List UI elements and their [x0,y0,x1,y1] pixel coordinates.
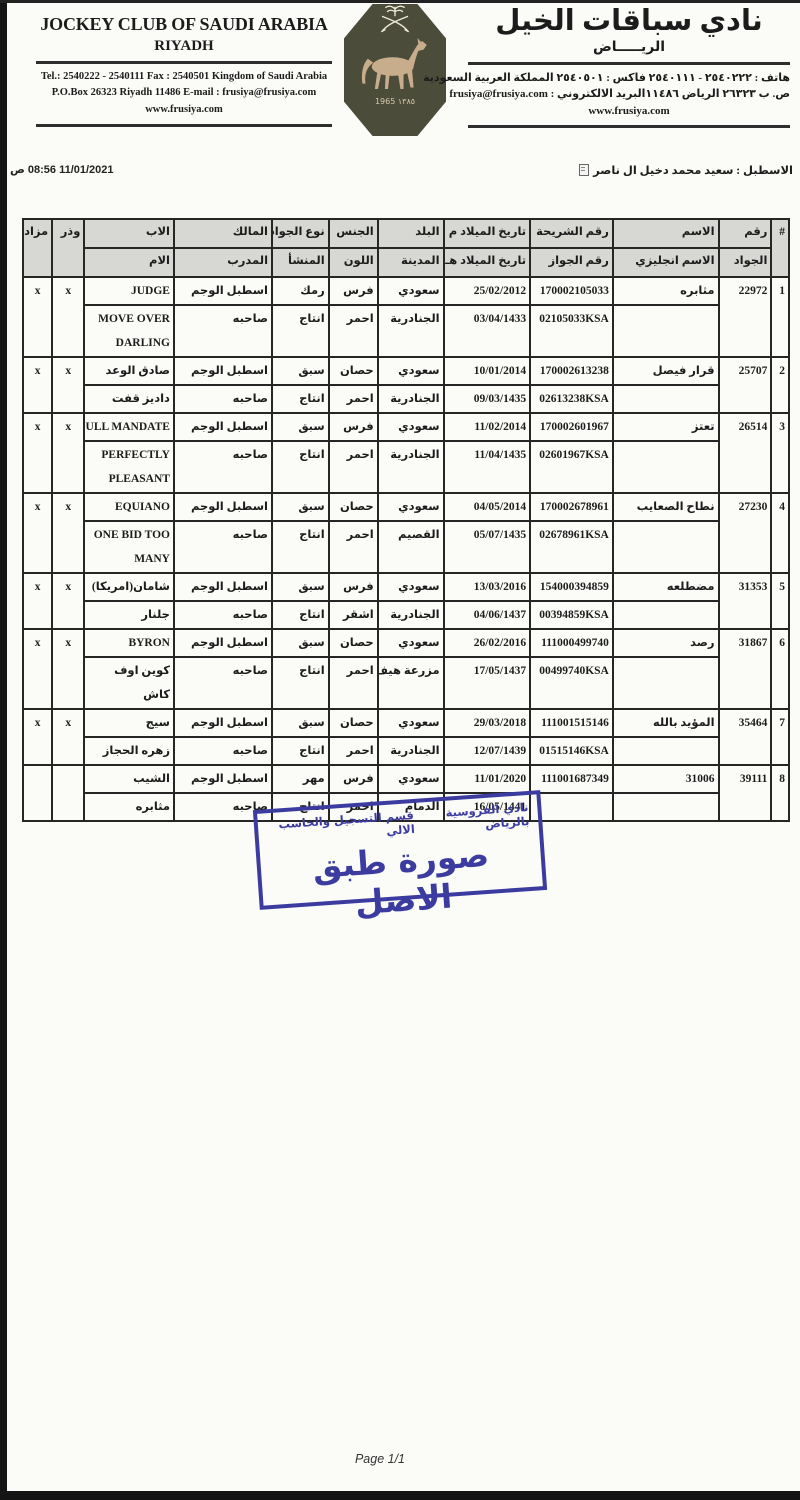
cell-owner: اسطبل الوجم [174,493,272,521]
stable-owner-line: الاسطبل : سعيد محمد دخيل ال ناصر [579,163,793,177]
table-header: # رقم الاسم رقم الشريحة تاريخ الميلاد م … [23,219,789,277]
cell-owner: اسطبل الوجم [174,357,272,385]
cell-chip-number: 170002678961 [530,493,613,521]
cell-sire: FULL MANDATE [84,413,174,441]
contact-phone-arabic: هاتف : ٢٥٤٠٢٢٢ - ٢٥٤٠١١١ فاكس : ٢٥٤٠٥٠١ … [468,70,790,87]
cell-auction: x [23,709,52,765]
stamp-org-text: نادي الفروسية بالرياض [413,800,529,836]
cell-owner: اسطبل الوجم [174,573,272,601]
cell-passport-number: 02601967KSA [530,441,613,493]
cell-country: سعودي [378,357,444,385]
cell-auction: x [23,413,52,493]
cell-name-ar: تعتز [613,413,719,441]
cell-name-ar: رصد [613,629,719,657]
cell-origin: انتاج [272,601,329,629]
cell-name-en [613,601,719,629]
col-header-sire: الاب [84,219,174,248]
cell-type: مهر [272,765,329,793]
cell-city: الجنادرية [378,305,444,357]
cell-name-en [613,657,719,709]
table-row: 225707قرار فيصل17000261323810/01/2014سعو… [23,357,789,385]
col-header-color: اللون [329,248,378,277]
cell-type: سبق [272,357,329,385]
cell-wither: x [52,493,84,573]
cell-dob-gregorian: 26/02/2016 [444,629,531,657]
cell-color: احمر [329,737,378,765]
cell-chip-number: 111001515146 [530,709,613,737]
cell-dob-hijri: 05/07/1435 [444,521,531,573]
cell-horse-number: 31867 [719,629,772,709]
cell-wither: x [52,709,84,765]
cell-trainer: صاحبه [174,601,272,629]
cell-dob-gregorian: 29/03/2018 [444,709,531,737]
col-header-origin: المنشأ [272,248,329,277]
cell-passport-number: 02105033KSA [530,305,613,357]
col-header-city: المدينة [378,248,444,277]
cell-sex: فرس [329,413,378,441]
cell-country: سعودي [378,573,444,601]
cell-wither [52,765,84,821]
table-row: 02613238KSA09/03/1435الجنادريةاحمرانتاجص… [23,385,789,413]
cell-chip-number: 111001687349 [530,765,613,793]
cell-sex: حصان [329,493,378,521]
table-row: 02105033KSA03/04/1433الجنادريةاحمرانتاجص… [23,305,789,357]
table-row: 00394859KSA04/06/1437الجنادريةاشقرانتاجص… [23,601,789,629]
cell-passport-number: 02613238KSA [530,385,613,413]
cell-dam: PERFECTLY PLEASANT [84,441,174,493]
cell-country: سعودي [378,493,444,521]
cell-owner: اسطبل الوجم [174,629,272,657]
cell-dob-gregorian: 10/01/2014 [444,357,531,385]
cell-country: سعودي [378,277,444,305]
cell-dob-hijri: 03/04/1433 [444,305,531,357]
cell-origin: انتاج [272,305,329,357]
cell-horse-number: 25707 [719,357,772,413]
cell-index: 8 [771,765,789,821]
cell-country: سعودي [378,709,444,737]
cell-city: القصيم [378,521,444,573]
cell-auction: x [23,493,52,573]
col-header-wither: وذر [52,219,84,277]
cell-trainer: صاحبه [174,737,272,765]
divider [468,125,790,128]
cell-sex: فرس [329,765,378,793]
scan-edge-bottom [0,1491,800,1500]
col-header-dob-hijri: تاريخ الميلاد هـ [444,248,531,277]
cell-auction: x [23,357,52,413]
table-body: 122972مثابره17000210503325/02/2012سعوديف… [23,277,789,821]
cell-wither: x [52,573,84,629]
cell-sire: سيج [84,709,174,737]
stamp-main-text: صورة طبق الاصل [269,832,536,928]
cell-index: 4 [771,493,789,573]
cell-horse-number: 22972 [719,277,772,357]
cell-auction [23,765,52,821]
cell-index: 7 [771,709,789,765]
cell-name-en [613,793,719,821]
col-header-name: الاسم [613,219,719,248]
cell-country: سعودي [378,413,444,441]
cell-city: مزرعة هيف [378,657,444,709]
table-row: 01515146KSA12/07/1439الجنادريةاحمرانتاجص… [23,737,789,765]
cell-dob-gregorian: 11/01/2020 [444,765,531,793]
cell-name-ar: 31006 [613,765,719,793]
table-row: 00499740KSA17/05/1437مزرعة هيفاحمرانتاجص… [23,657,789,709]
cell-dam: MOVE OVER DARLING [84,305,174,357]
col-header-dob-greg: تاريخ الميلاد م [444,219,531,248]
table-row: 631867رصد11100049974026/02/2016سعوديحصان… [23,629,789,657]
cell-passport-number: 00394859KSA [530,601,613,629]
cell-sex: فرس [329,277,378,305]
cell-owner: اسطبل الوجم [174,277,272,305]
cell-origin: انتاج [272,385,329,413]
saudi-emblem-icon [378,4,412,34]
table-row: 326514تعتز17000260196711/02/2014سعوديفرس… [23,413,789,441]
cell-wither: x [52,413,84,493]
club-title-english: JOCKEY CLUB OF SAUDI ARABIA [36,14,332,35]
divider [468,62,790,65]
divider [36,124,332,127]
cell-horse-number: 39111 [719,765,772,821]
col-header-country: البلد [378,219,444,248]
cell-color: احمر [329,441,378,493]
cell-auction: x [23,629,52,709]
cell-dam: كوين اوف كاش [84,657,174,709]
cell-chip-number: 170002601967 [530,413,613,441]
cell-sex: حصان [329,629,378,657]
table-row: 02678961KSA05/07/1435القصيماحمرانتاجصاحب… [23,521,789,573]
cell-city: الجنادرية [378,441,444,493]
table-row: 02601967KSA11/04/1435الجنادريةاحمرانتاجص… [23,441,789,493]
cell-name-ar: المؤيد بالله [613,709,719,737]
table-row: 735464المؤيد بالله11100151514629/03/2018… [23,709,789,737]
cell-owner: اسطبل الوجم [174,413,272,441]
cell-sire: EQUIANO [84,493,174,521]
cell-origin: انتاج [272,521,329,573]
letterhead-arabic: نادي سباقات الخيل الريـــــاض هاتف : ٢٥٤… [468,6,790,133]
cell-wither: x [52,357,84,413]
cell-name-en [613,305,719,357]
cell-country: سعودي [378,629,444,657]
cell-passport-number: 00499740KSA [530,657,613,709]
horse-icon [351,34,439,96]
cell-chip-number: 170002613238 [530,357,613,385]
col-header-name-en: الاسم انجليزي [613,248,719,277]
cell-name-ar: نطاح الصعايب [613,493,719,521]
cell-owner: اسطبل الوجم [174,709,272,737]
cell-origin: انتاج [272,441,329,493]
cell-auction: x [23,277,52,357]
divider [36,61,332,64]
cell-horse-number: 31353 [719,573,772,629]
cell-chip-number: 170002105033 [530,277,613,305]
cell-auction: x [23,573,52,629]
cell-color: احمر [329,521,378,573]
cell-sex: فرس [329,573,378,601]
club-city-arabic: الريـــــاض [468,39,790,56]
cell-name-en [613,441,719,493]
cell-trainer: صاحبه [174,657,272,709]
cell-passport-number [530,793,613,821]
cell-sire: شامان(امريكا) [84,573,174,601]
cell-sire: صادق الوعد [84,357,174,385]
col-header-sex: الجنس [329,219,378,248]
cell-city: الجنادرية [378,737,444,765]
cell-wither: x [52,629,84,709]
cell-index: 3 [771,413,789,493]
cell-sire: الشيب [84,765,174,793]
cell-color: احمر [329,305,378,357]
cell-trainer: صاحبه [174,305,272,357]
cell-wither: x [52,277,84,357]
cell-city: الجنادرية [378,385,444,413]
print-timestamp: 11/01/2021 08:56 ص [10,163,114,176]
cell-country: سعودي [378,765,444,793]
cell-dam: زهره الحجاز [84,737,174,765]
logo-year-text: 1965 ١٣٨٥ [375,97,415,106]
cell-color: احمر [329,385,378,413]
cell-city: الجنادرية [378,601,444,629]
cell-trainer: صاحبه [174,385,272,413]
cell-dam: داديز قفت [84,385,174,413]
cell-type: رمك [272,277,329,305]
col-header-dam: الام [84,248,174,277]
cell-sire: BYRON [84,629,174,657]
cell-name-ar: مثابره [613,277,719,305]
scan-edge-top [0,0,800,3]
col-header-auction: مزاد [23,219,52,277]
cell-sex: حصان [329,357,378,385]
true-copy-stamp: نادي الفروسية بالرياض قسم التسجيل والحاس… [253,790,547,910]
website-arabic: www.frusiya.com [468,103,790,120]
cell-type: سبق [272,413,329,441]
cell-name-en [613,521,719,573]
cell-dob-gregorian: 11/02/2014 [444,413,531,441]
cell-owner: اسطبل الوجم [174,765,272,793]
col-header-index: # [771,219,789,277]
club-title-arabic: نادي سباقات الخيل [468,6,790,38]
page-number: Page 1/1 [0,1452,760,1466]
club-city-english: RIYADH [36,38,332,55]
cell-origin: انتاج [272,657,329,709]
cell-dob-gregorian: 04/05/2014 [444,493,531,521]
cell-name-ar: مضطلعه [613,573,719,601]
cell-passport-number: 02678961KSA [530,521,613,573]
contact-address-arabic: ص. ب ٢٦٣٢٣ الرياض ١١٤٨٦البريد الالكتروني… [468,86,790,103]
cell-index: 5 [771,573,789,629]
cell-origin: انتاج [272,737,329,765]
cell-dob-hijri: 17/05/1437 [444,657,531,709]
horse-registry-table: # رقم الاسم رقم الشريحة تاريخ الميلاد م … [22,218,790,822]
contact-address-english: P.O.Box 26323 Riyadh 11486 E-mail : frus… [36,85,332,101]
col-header-chip: رقم الشريحة [530,219,613,248]
table-row: 122972مثابره17000210503325/02/2012سعوديف… [23,277,789,305]
cell-chip-number: 154000394859 [530,573,613,601]
cell-dam: مثابره [84,793,174,821]
col-header-owner: المالك [174,219,272,248]
cell-index: 2 [771,357,789,413]
cell-color: احمر [329,657,378,709]
cell-dam: ONE BID TOO MANY [84,521,174,573]
cell-dob-hijri: 09/03/1435 [444,385,531,413]
cell-dam: جلنار [84,601,174,629]
cell-sire: JUDGE [84,277,174,305]
cell-color: اشقر [329,601,378,629]
cell-name-en [613,737,719,765]
cell-trainer: صاحبه [174,521,272,573]
cell-chip-number: 111000499740 [530,629,613,657]
col-header-horse-no2: الجواد [719,248,772,277]
col-header-trainer: المدرب [174,248,272,277]
cell-name-en [613,385,719,413]
letterhead-english: JOCKEY CLUB OF SAUDI ARABIA RIYADH Tel.:… [36,14,332,132]
col-header-type: نوع الجواد [272,219,329,248]
info-bar: 11/01/2021 08:56 ص الاسطبل : سعيد محمد د… [10,163,793,177]
cell-dob-gregorian: 25/02/2012 [444,277,531,305]
cell-index: 1 [771,277,789,357]
col-header-horse-no: رقم [719,219,772,248]
scan-edge-left [0,0,7,1500]
cell-dob-hijri: 12/07/1439 [444,737,531,765]
cell-type: سبق [272,493,329,521]
table-row: 531353مضطلعه15400039485913/03/2016سعوديف… [23,573,789,601]
contact-phone-english: Tel.: 2540222 - 2540111 Fax : 2540501 Ki… [36,69,332,85]
cell-horse-number: 26514 [719,413,772,493]
cell-dob-gregorian: 13/03/2016 [444,573,531,601]
col-header-passport: رقم الجواز [530,248,613,277]
cell-type: سبق [272,573,329,601]
cell-dob-hijri: 04/06/1437 [444,601,531,629]
cell-type: سبق [272,629,329,657]
website-english: www.frusiya.com [36,102,332,118]
document-icon [579,164,589,176]
table-row: 427230نطاح الصعايب17000267896104/05/2014… [23,493,789,521]
cell-index: 6 [771,629,789,709]
cell-type: سبق [272,709,329,737]
cell-dob-hijri: 11/04/1435 [444,441,531,493]
cell-trainer: صاحبه [174,441,272,493]
cell-sex: حصان [329,709,378,737]
stable-owner-name: الاسطبل : سعيد محمد دخيل ال ناصر [593,163,793,177]
table-row: 8391113100611100168734911/01/2020سعوديفر… [23,765,789,793]
cell-horse-number: 35464 [719,709,772,765]
cell-name-ar: قرار فيصل [613,357,719,385]
cell-horse-number: 27230 [719,493,772,573]
cell-passport-number: 01515146KSA [530,737,613,765]
